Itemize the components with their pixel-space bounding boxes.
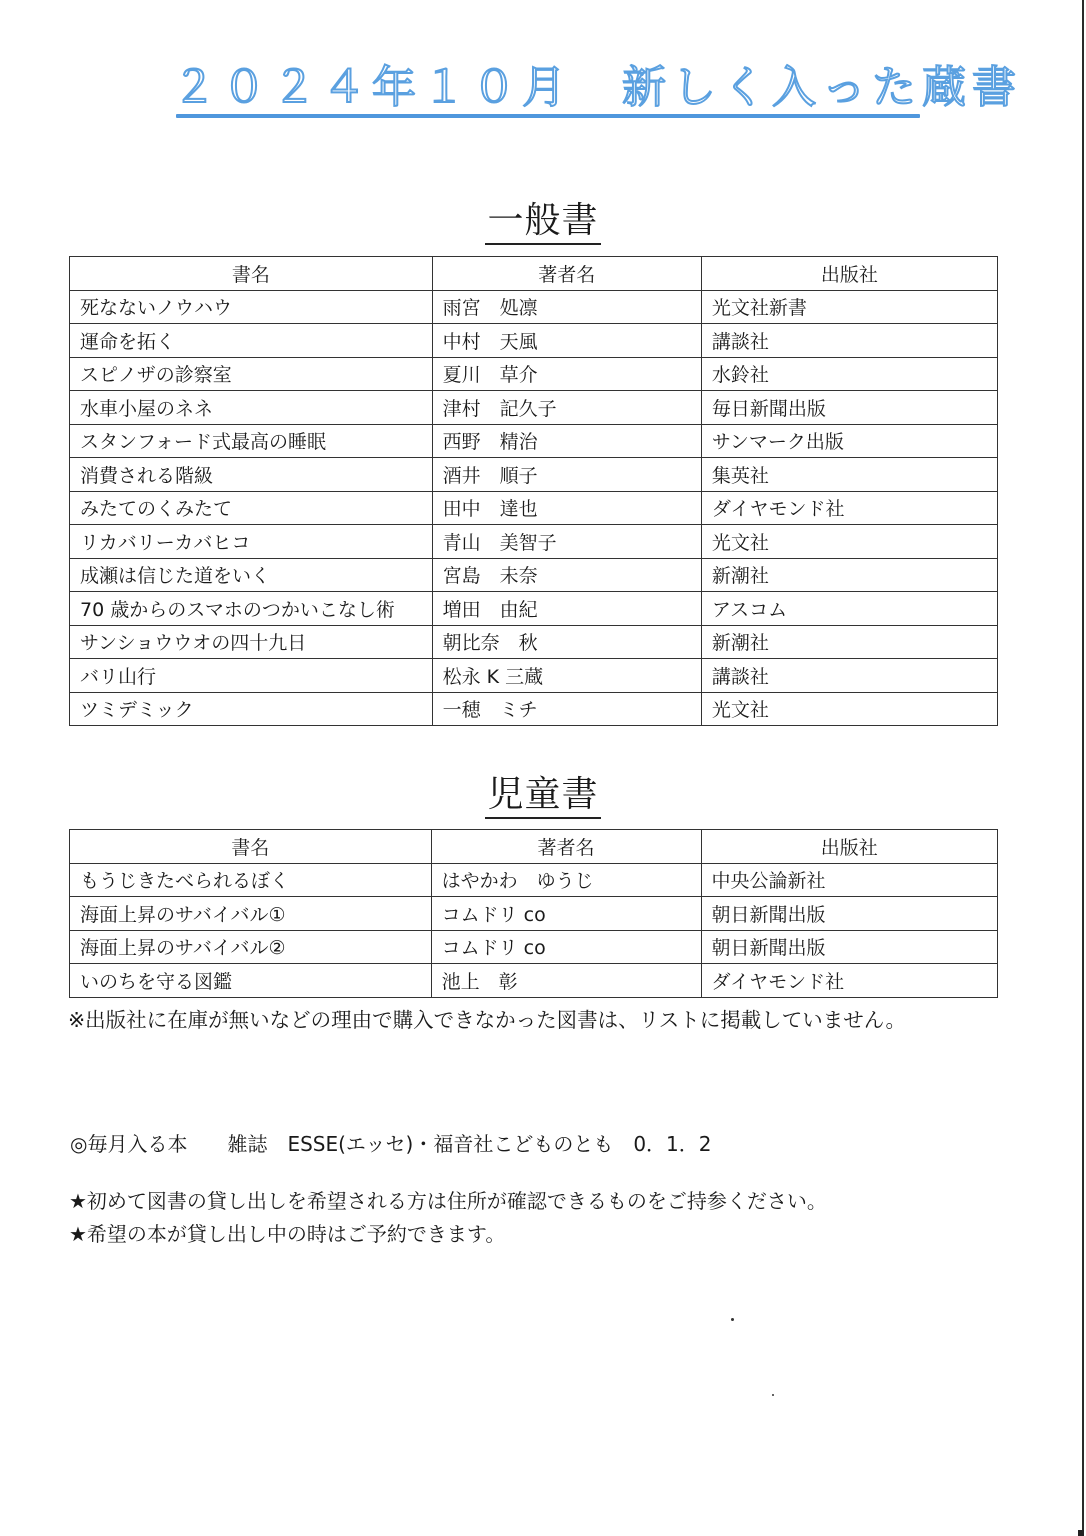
book-publisher: 光文社新書 bbox=[701, 290, 997, 324]
book-title: リカバリーカバヒコ bbox=[70, 525, 433, 559]
book-title: もうじきたべられるぼく bbox=[70, 863, 432, 897]
table-row: 水車小屋のネネ 津村 記久子 毎日新聞出版 bbox=[70, 391, 998, 425]
book-title: 死なないノウハウ bbox=[70, 290, 433, 324]
book-title: 70 歳からのスマホのつかいこなし術 bbox=[70, 592, 433, 626]
table-row: いのちを守る図鑑 池上 彰 ダイヤモンド社 bbox=[70, 964, 998, 998]
book-author: 酒井 順子 bbox=[432, 458, 701, 492]
book-author: 増田 由紀 bbox=[432, 592, 701, 626]
book-author: コムドリ co bbox=[431, 897, 701, 931]
title-underline bbox=[176, 114, 920, 118]
table-header-row: 書名 著者名 出版社 bbox=[70, 257, 998, 291]
book-author: 中村 天風 bbox=[432, 324, 701, 358]
table-row: もうじきたべられるぼく はやかわ ゆうじ 中央公論新社 bbox=[70, 863, 998, 897]
section-heading-children: 児童書 bbox=[0, 774, 1086, 819]
book-author: 雨宮 処凛 bbox=[432, 290, 701, 324]
column-header-publisher: 出版社 bbox=[701, 257, 997, 291]
table-row: スタンフォード式最高の睡眠 西野 精治 サンマーク出版 bbox=[70, 424, 998, 458]
book-publisher: ダイヤモンド社 bbox=[701, 964, 997, 998]
column-header-author: 著者名 bbox=[432, 257, 701, 291]
scan-corner-mark bbox=[1078, 1530, 1084, 1536]
table-row: 海面上昇のサバイバル① コムドリ co 朝日新聞出版 bbox=[70, 897, 998, 931]
book-publisher: サンマーク出版 bbox=[701, 424, 997, 458]
unavailable-books-note: ※出版社に在庫が無いなどの理由で購入できなかった図書は、リストに掲載していません… bbox=[68, 1003, 906, 1033]
book-author: 津村 記久子 bbox=[432, 391, 701, 425]
monthly-books-label: ◎毎月入る本 bbox=[70, 1132, 187, 1156]
book-title: スピノザの診察室 bbox=[70, 357, 433, 391]
page-title-block: ２０２４年１０月 新しく入った蔵書 bbox=[172, 62, 920, 118]
book-title: 運命を拓く bbox=[70, 324, 433, 358]
book-publisher: 新潮社 bbox=[701, 625, 997, 659]
reservation-note: ★希望の本が貸し出し中の時はご予約できます。 bbox=[69, 1218, 505, 1247]
book-publisher: 光文社 bbox=[701, 525, 997, 559]
column-header-publisher: 出版社 bbox=[701, 830, 997, 864]
page-title: ２０２４年１０月 新しく入った蔵書 bbox=[172, 62, 1022, 114]
column-header-author: 著者名 bbox=[431, 830, 701, 864]
section-heading-general: 一般書 bbox=[0, 200, 1086, 245]
table-row: 海面上昇のサバイバル② コムドリ co 朝日新聞出版 bbox=[70, 930, 998, 964]
book-author: 夏川 草介 bbox=[432, 357, 701, 391]
book-author: 青山 美智子 bbox=[432, 525, 701, 559]
book-author: 一穂 ミチ bbox=[432, 692, 701, 726]
table-row: ツミデミック 一穂 ミチ 光文社 bbox=[70, 692, 998, 726]
scan-speck bbox=[772, 1394, 774, 1396]
book-publisher: 集英社 bbox=[701, 458, 997, 492]
book-author: 朝比奈 秋 bbox=[432, 625, 701, 659]
column-header-title: 書名 bbox=[70, 257, 433, 291]
monthly-books-items: 雑誌 ESSE(エッセ)・福音社こどものとも 0．1．2 bbox=[227, 1132, 711, 1156]
book-title: 海面上昇のサバイバル① bbox=[70, 897, 432, 931]
book-title: ツミデミック bbox=[70, 692, 433, 726]
book-publisher: 光文社 bbox=[701, 692, 997, 726]
book-publisher: 朝日新聞出版 bbox=[701, 930, 997, 964]
book-author: 松永 K 三蔵 bbox=[432, 659, 701, 693]
book-publisher: 新潮社 bbox=[701, 558, 997, 592]
children-books-table: 書名 著者名 出版社 もうじきたべられるぼく はやかわ ゆうじ 中央公論新社 海… bbox=[69, 829, 998, 998]
book-author: 宮島 未奈 bbox=[432, 558, 701, 592]
table-row: 死なないノウハウ 雨宮 処凛 光文社新書 bbox=[70, 290, 998, 324]
table-row: スピノザの診察室 夏川 草介 水鈴社 bbox=[70, 357, 998, 391]
book-title: みたてのくみたて bbox=[70, 491, 433, 525]
general-books-table: 書名 著者名 出版社 死なないノウハウ 雨宮 処凛 光文社新書 運命を拓く 中村… bbox=[69, 256, 998, 726]
table-row: バリ山行 松永 K 三蔵 講談社 bbox=[70, 659, 998, 693]
book-author: 西野 精治 bbox=[432, 424, 701, 458]
column-header-title: 書名 bbox=[70, 830, 432, 864]
book-title: サンショウウオの四十九日 bbox=[70, 625, 433, 659]
book-publisher: 講談社 bbox=[701, 324, 997, 358]
monthly-books-note: ◎毎月入る本雑誌 ESSE(エッセ)・福音社こどものとも 0．1．2 bbox=[70, 1128, 712, 1157]
table-header-row: 書名 著者名 出版社 bbox=[70, 830, 998, 864]
book-publisher: 毎日新聞出版 bbox=[701, 391, 997, 425]
book-title: 水車小屋のネネ bbox=[70, 391, 433, 425]
book-author: コムドリ co bbox=[431, 930, 701, 964]
book-title: いのちを守る図鑑 bbox=[70, 964, 432, 998]
section-heading-text: 児童書 bbox=[485, 774, 600, 819]
book-publisher: 講談社 bbox=[701, 659, 997, 693]
table-row: 運命を拓く 中村 天風 講談社 bbox=[70, 324, 998, 358]
book-title: 成瀬は信じた道をいく bbox=[70, 558, 433, 592]
table-row: 70 歳からのスマホのつかいこなし術 増田 由紀 アスコム bbox=[70, 592, 998, 626]
book-author: 池上 彰 bbox=[431, 964, 701, 998]
book-author: はやかわ ゆうじ bbox=[431, 863, 701, 897]
book-publisher: ダイヤモンド社 bbox=[701, 491, 997, 525]
book-publisher: 中央公論新社 bbox=[701, 863, 997, 897]
book-publisher: 水鈴社 bbox=[701, 357, 997, 391]
book-publisher: 朝日新聞出版 bbox=[701, 897, 997, 931]
table-row: リカバリーカバヒコ 青山 美智子 光文社 bbox=[70, 525, 998, 559]
scan-speck bbox=[731, 1318, 734, 1321]
table-row: みたてのくみたて 田中 達也 ダイヤモンド社 bbox=[70, 491, 998, 525]
table-row: 成瀬は信じた道をいく 宮島 未奈 新潮社 bbox=[70, 558, 998, 592]
book-title: スタンフォード式最高の睡眠 bbox=[70, 424, 433, 458]
book-author: 田中 達也 bbox=[432, 491, 701, 525]
table-row: 消費される階級 酒井 順子 集英社 bbox=[70, 458, 998, 492]
book-title: バリ山行 bbox=[70, 659, 433, 693]
table-row: サンショウウオの四十九日 朝比奈 秋 新潮社 bbox=[70, 625, 998, 659]
book-publisher: アスコム bbox=[701, 592, 997, 626]
book-title: 海面上昇のサバイバル② bbox=[70, 930, 432, 964]
book-title: 消費される階級 bbox=[70, 458, 433, 492]
first-time-borrower-note: ★初めて図書の貸し出しを希望される方は住所が確認できるものをご持参ください。 bbox=[69, 1185, 827, 1214]
section-heading-text: 一般書 bbox=[485, 200, 600, 245]
